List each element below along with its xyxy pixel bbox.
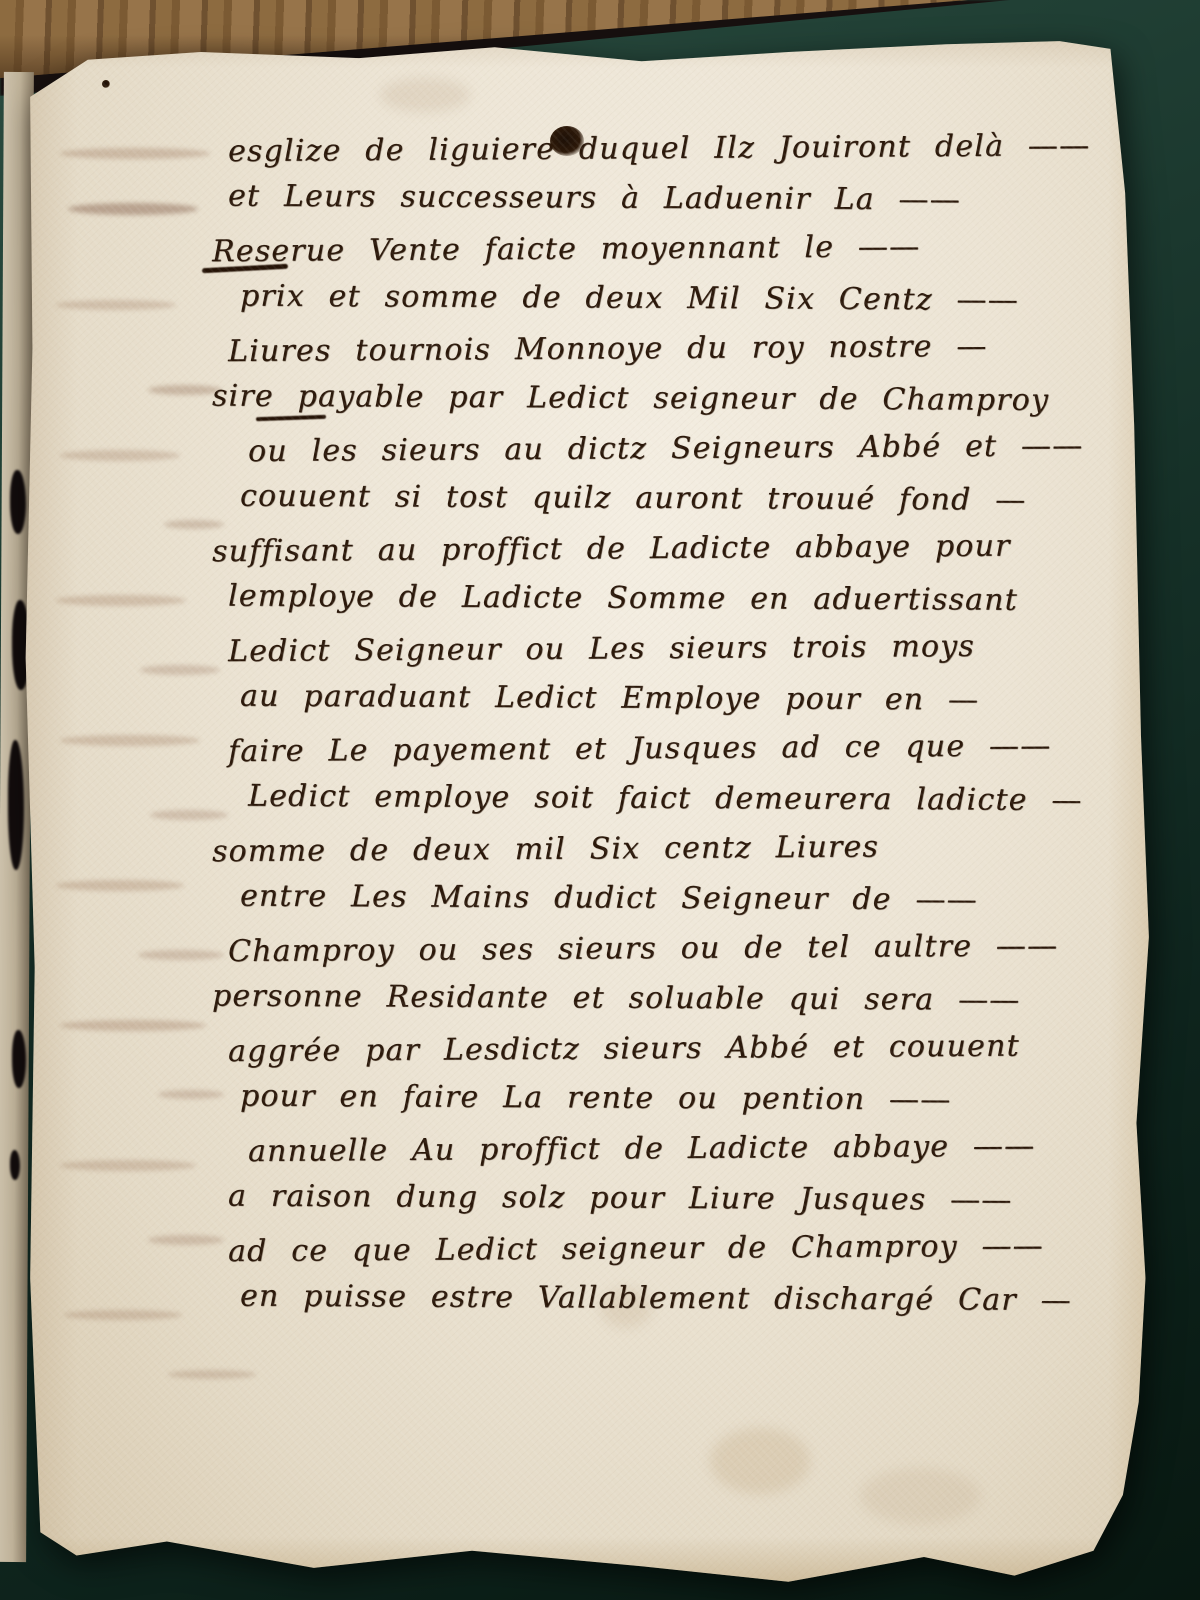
ink-bleed-mark bbox=[60, 735, 200, 746]
manuscript-line: annuelle Au proffict de Ladicte abbaye —… bbox=[248, 1121, 1133, 1177]
ink-bleed-mark bbox=[56, 595, 186, 606]
manuscript-page: esglize de liguiere duquel Ilz Jouiront … bbox=[20, 38, 1150, 1588]
manuscript-line: a raison dung solz pour Liure Jusques —— bbox=[228, 1172, 1133, 1227]
ink-bleed-mark bbox=[64, 1310, 182, 1320]
manuscript-line: sire payable par Ledict seigneur de Cham… bbox=[212, 372, 1133, 427]
ink-bleed-mark bbox=[68, 203, 198, 215]
paper-stain bbox=[710, 1428, 810, 1494]
paper-stain bbox=[380, 78, 470, 112]
manuscript-line: pour en faire La rente ou pention —— bbox=[240, 1072, 1133, 1127]
manuscript-line: somme de deux mil Six centz Liures bbox=[212, 821, 1133, 877]
ink-bleed-mark bbox=[60, 148, 210, 159]
manuscript-line: entre Les Mains dudict Seigneur de —— bbox=[240, 872, 1133, 927]
photograph-of-manuscript: esglize de liguiere duquel Ilz Jouiront … bbox=[0, 0, 1200, 1600]
manuscript-line: couuent si tost quilz auront trouué fond… bbox=[240, 472, 1133, 527]
manuscript-line: Ledict Seigneur ou Les sieurs trois moys bbox=[228, 621, 1133, 677]
manuscript-line: au paraduant Ledict Employe pour en — bbox=[240, 672, 1133, 727]
ink-bleed-mark bbox=[148, 385, 222, 395]
ink-blot bbox=[550, 126, 584, 156]
manuscript-line: lemploye de Ladicte Somme en aduertissan… bbox=[228, 572, 1133, 627]
manuscript-line: ad ce que Ledict seigneur de Champroy —— bbox=[228, 1221, 1133, 1277]
manuscript-line: Reserue Vente faicte moyennant le —— bbox=[212, 221, 1133, 277]
manuscript-line: personne Residante et soluable qui sera … bbox=[212, 972, 1133, 1027]
ink-bleed-mark bbox=[150, 810, 228, 820]
manuscript-line: ou les sieurs au dictz Seigneurs Abbé et… bbox=[248, 421, 1133, 477]
manuscript-line: en puisse estre Vallablement dischargé C… bbox=[240, 1272, 1133, 1327]
manuscript-line: suffisant au proffict de Ladicte abbaye … bbox=[212, 521, 1133, 577]
ink-bleed-mark bbox=[56, 300, 176, 310]
ink-bleed-mark bbox=[56, 880, 184, 891]
binding-mark bbox=[10, 1150, 20, 1180]
manuscript-page-wrap: esglize de liguiere duquel Ilz Jouiront … bbox=[20, 38, 1150, 1588]
manuscript-line: Liures tournois Monnoye du roy nostre — bbox=[228, 321, 1133, 377]
paper-stain bbox=[860, 1468, 980, 1524]
manuscript-line: Champroy ou ses sieurs ou de tel aultre … bbox=[228, 921, 1133, 977]
manuscript-line: faire Le payement et Jusques ad ce que —… bbox=[228, 721, 1133, 777]
ink-bleed-mark bbox=[158, 1090, 224, 1099]
manuscript-line: prix et somme de deux Mil Six Centz —— bbox=[240, 272, 1133, 327]
ink-bleed-mark bbox=[60, 1160, 196, 1171]
ink-blot bbox=[102, 80, 110, 88]
ink-bleed-mark bbox=[168, 1370, 256, 1379]
ink-bleed-mark bbox=[60, 1020, 206, 1031]
manuscript-line: aggrée par Lesdictz sieurs Abbé et couue… bbox=[228, 1021, 1133, 1077]
manuscript-text-block: esglize de liguiere duquel Ilz Jouiront … bbox=[228, 124, 1133, 1324]
ink-bleed-mark bbox=[140, 665, 220, 675]
manuscript-line: et Leurs successeurs à Laduenir La —— bbox=[228, 172, 1133, 227]
ink-bleed-mark bbox=[60, 450, 180, 461]
ink-bleed-mark bbox=[138, 950, 224, 960]
manuscript-line: Ledict employe soit faict demeurera ladi… bbox=[248, 772, 1133, 827]
manuscript-line: esglize de liguiere duquel Ilz Jouiront … bbox=[228, 121, 1133, 177]
ink-bleed-mark bbox=[148, 1235, 224, 1245]
